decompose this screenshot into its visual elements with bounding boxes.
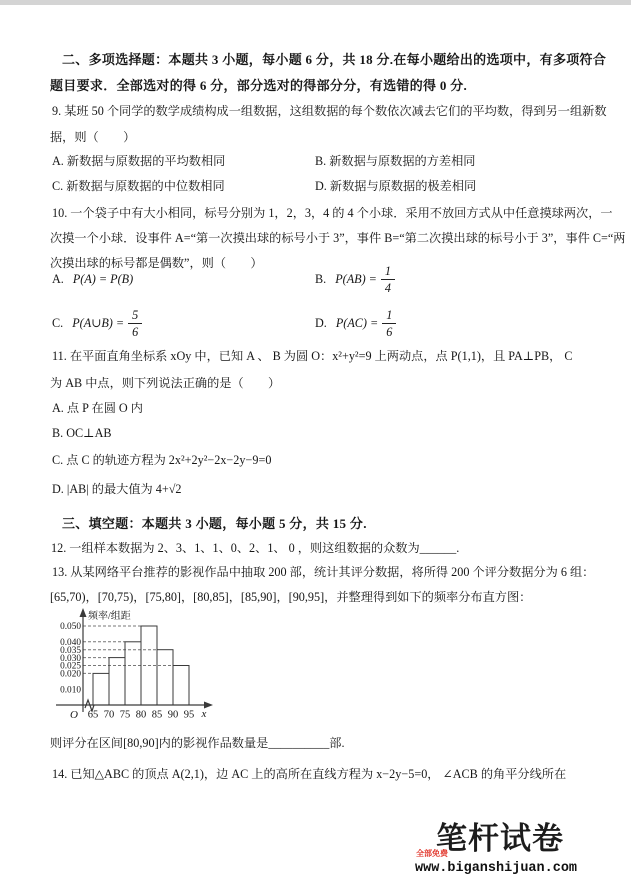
- q9-option-b: B. 新数据与原数据的方差相同: [315, 153, 475, 169]
- q9-option-a: A. 新数据与原数据的平均数相同: [52, 153, 225, 169]
- q10-option-b-math: P(AB) =: [335, 272, 377, 286]
- q10-option-b: B.P(AB) =14: [315, 262, 395, 296]
- q10-line2: 次摸一个小球．设事件 A=“第一次摸出球的标号小于 3”，事件 B=“第二次摸出…: [50, 230, 625, 246]
- svg-text:70: 70: [104, 710, 115, 721]
- section2-heading-line2: 题目要求．全部选对的得 6 分，部分选对的得部分分，有选错的得 0 分.: [50, 78, 467, 94]
- svg-text:O: O: [70, 709, 78, 721]
- svg-text:65: 65: [88, 710, 99, 721]
- q14-line: 14. 已知△ABC 的顶点 A(2,1)，边 AC 上的高所在直线方程为 x−…: [52, 766, 566, 782]
- section2-heading-line1: 二、多项选择题：本题共 3 小题，每小题 6 分，共 18 分.在每小题给出的选…: [62, 52, 606, 68]
- top-border: [0, 0, 631, 5]
- q11-line1: 11. 在平面直角坐标系 xOy 中，已知 A 、 B 为圆 O：x²+y²=9…: [52, 348, 573, 364]
- svg-text:75: 75: [120, 710, 131, 721]
- svg-text:85: 85: [152, 710, 163, 721]
- q10-option-c-fraction: 56: [128, 308, 142, 339]
- svg-text:80: 80: [136, 710, 147, 721]
- watermark-logo: 笔杆试卷: [436, 822, 616, 856]
- q10-line1: 10. 一个袋子中有大小相同，标号分别为 1，2，3，4 的 4 个小球．采用不…: [52, 205, 613, 221]
- section3-heading: 三、填空题：本题共 3 小题，每小题 5 分，共 15 分.: [62, 516, 367, 532]
- q9-line2: 据，则（ ）: [50, 129, 135, 145]
- q11-option-b: B. OC⊥AB: [52, 425, 112, 441]
- watermark-url: www.biganshijuan.com: [415, 860, 577, 877]
- q11-option-d: D. |AB| 的最大值为 4+√2: [52, 481, 182, 497]
- frequency-histogram-svg: 0.0100.0200.0250.0300.0350.0400.05065707…: [48, 608, 263, 738]
- q10-option-b-denominator: 4: [381, 280, 395, 295]
- q9-line1: 9. 某班 50 个同学的数学成绩构成一组数据，这组数据的每个数依次减去它们的平…: [52, 103, 607, 119]
- q10-option-b-label: B.: [315, 272, 326, 286]
- q10-option-d: D.P(AC) =16: [315, 306, 396, 340]
- svg-text:x: x: [201, 708, 207, 720]
- q10-option-b-numerator: 1: [381, 264, 395, 280]
- q10-option-d-fraction: 16: [382, 308, 396, 339]
- q10-option-d-denominator: 6: [382, 324, 396, 339]
- q10-option-c-denominator: 6: [128, 324, 142, 339]
- q10-option-d-numerator: 1: [382, 308, 396, 324]
- q10-option-c-label: C.: [52, 316, 63, 330]
- svg-text:0.050: 0.050: [60, 622, 81, 632]
- svg-text:频率/组距: 频率/组距: [88, 609, 131, 622]
- q13-answer-line: 则评分在区间[80,90]内的影视作品数量是__________部.: [50, 735, 345, 751]
- q12-line: 12. 一组样本数据为 2、3、1、1、0、2、1、 0 ，则这组数据的众数为_…: [51, 540, 459, 556]
- q10-option-c-math: P(A∪B) =: [72, 316, 124, 330]
- q10-option-a-math: P(A) = P(B): [73, 272, 133, 286]
- q10-option-c: C.P(A∪B) =56: [52, 306, 142, 340]
- q11-line2: 为 AB 中点，则下列说法正确的是（ ）: [50, 375, 280, 391]
- svg-text:90: 90: [168, 710, 179, 721]
- q9-option-c: C. 新数据与原数据的中位数相同: [52, 178, 225, 194]
- svg-text:0.010: 0.010: [60, 685, 81, 695]
- q10-option-d-label: D.: [315, 316, 327, 330]
- exam-page: 二、多项选择题：本题共 3 小题，每小题 6 分，共 18 分.在每小题给出的选…: [0, 0, 631, 891]
- frequency-histogram: 0.0100.0200.0250.0300.0350.0400.05065707…: [48, 608, 263, 738]
- q11-option-c: C. 点 C 的轨迹方程为 2x²+2y²−2x−2y−9=0: [52, 452, 271, 468]
- q9-option-d: D. 新数据与原数据的极差相同: [315, 178, 476, 194]
- q10-option-b-fraction: 14: [381, 264, 395, 295]
- svg-text:0.040: 0.040: [60, 638, 81, 648]
- svg-text:95: 95: [184, 710, 195, 721]
- q11-option-a: A. 点 P 在圆 O 内: [52, 400, 143, 416]
- q13-line2: [65,70)，[70,75)，[75,80]，[80,85]，[85,90]，…: [50, 589, 531, 605]
- q13-line1: 13. 从某网络平台推荐的影视作品中抽取 200 部，统计其评分数据，将所得 2…: [52, 564, 594, 580]
- q10-option-a: A.P(A) = P(B): [52, 262, 133, 296]
- q10-option-a-label: A.: [52, 272, 64, 286]
- q10-option-d-math: P(AC) =: [336, 316, 378, 330]
- q10-option-c-numerator: 5: [128, 308, 142, 324]
